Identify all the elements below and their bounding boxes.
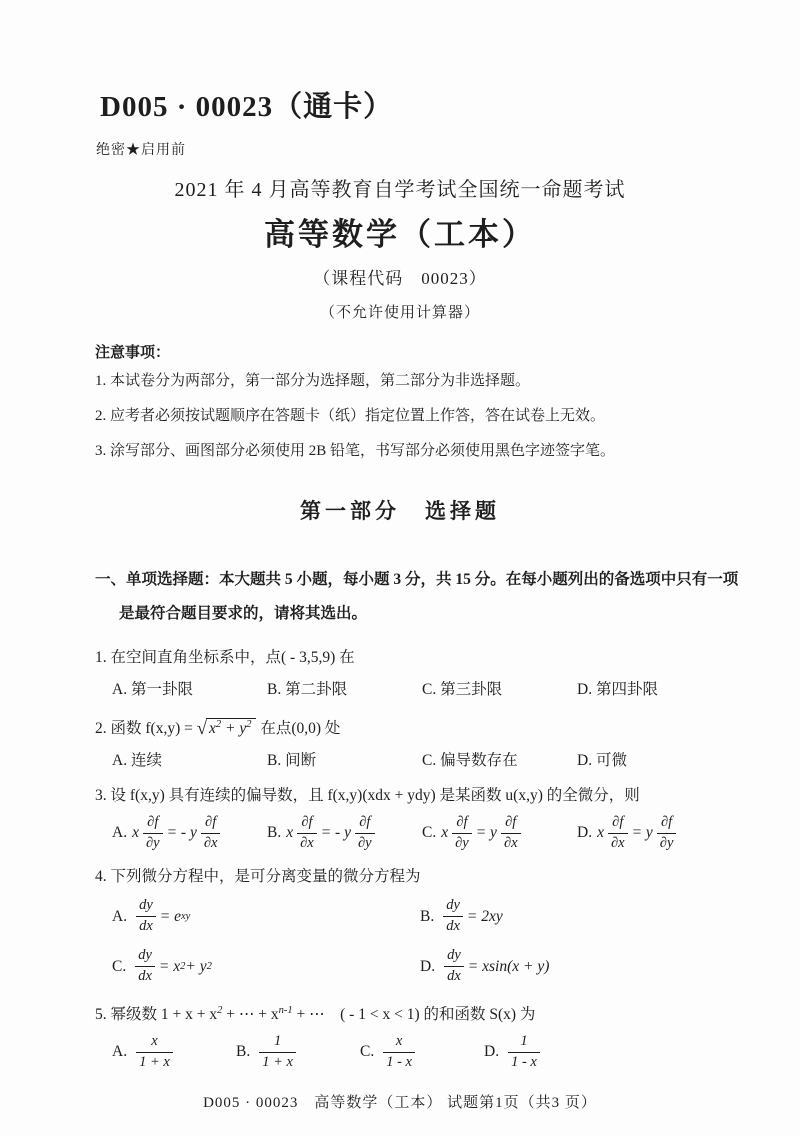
instruction-line-2: 是最符合题目要求的，请将其选出。 <box>95 597 742 631</box>
question-2-stem: 2. 函数 f(x,y) = √x2 + y2 在点(0,0) 处 <box>95 714 745 740</box>
question-4-option-a: A. dydx = exy <box>112 898 420 935</box>
fraction: ∂f∂y <box>452 815 472 852</box>
course-code: （课程代码 00023） <box>0 268 800 290</box>
question-2-option-a: A. 连续 <box>112 748 267 770</box>
exam-session-title: 2021 年 4 月高等教育自学考试全国统一命题考试 <box>0 177 800 203</box>
question-3-option-d: D.x ∂f∂x = y ∂f∂y <box>577 815 680 852</box>
question-1-option-d: D. 第四卦限 <box>577 677 658 699</box>
exam-paper-page: D005 · 00023（通卡） 绝密★启用前 2021 年 4 月高等教育自学… <box>0 0 800 1136</box>
question-5-options: A. x1 + x B. 11 + x C. x1 - x D. 11 - x <box>95 1034 745 1071</box>
paper-code: D005 · 00023（通卡） <box>100 92 800 124</box>
question-2-stem-post: 在点(0,0) 处 <box>256 720 340 737</box>
fraction: dydx <box>136 898 156 935</box>
question-2-stem-pre: 2. 函数 f(x,y) = <box>95 720 197 737</box>
question-2-option-d: D. 可微 <box>577 748 627 770</box>
fraction: 11 + x <box>259 1034 296 1071</box>
notes-heading: 注意事项： <box>95 342 740 364</box>
fraction: ∂f∂y <box>143 815 163 852</box>
question-list: 1. 在空间直角坐标系中，点( - 3,5,9) 在 A. 第一卦限 B. 第二… <box>95 647 745 1071</box>
fraction: x1 + x <box>136 1034 173 1071</box>
question-3-options: A.x ∂f∂y = - y ∂f∂x B.x ∂f∂x = - y ∂f∂y … <box>95 815 745 852</box>
fraction: ∂f∂x <box>297 815 317 852</box>
fraction: x1 - x <box>383 1034 415 1071</box>
question-4-option-b: B. dydx = 2xy <box>420 898 745 935</box>
page-footer: D005 · 00023 高等数学（工本） 试题第1页（共3 页） <box>0 1091 800 1112</box>
question-1-options: A. 第一卦限 B. 第二卦限 C. 第三卦限 D. 第四卦限 <box>95 677 745 699</box>
exam-subject-title: 高等数学（工本） <box>0 215 800 255</box>
fraction: dydx <box>444 948 464 985</box>
question-3-option-c: C.x ∂f∂y = y ∂f∂x <box>422 815 577 852</box>
note-item-1: 1. 本试卷分为两部分，第一部分为选择题，第二部分为非选择题。 <box>95 364 740 399</box>
question-1-option-a: A. 第一卦限 <box>112 677 267 699</box>
note-item-2: 2. 应考者必须按试题顺序在答题卡（纸）指定位置上作答，答在试卷上无效。 <box>95 399 740 434</box>
question-2-option-b: B. 间断 <box>267 748 422 770</box>
fraction: dydx <box>443 898 463 935</box>
question-4-option-d: D. dydx = xsin(x + y) <box>420 948 745 985</box>
fraction: dydx <box>135 948 155 985</box>
question-4-options: A. dydx = exy B. dydx = 2xy C. dydx = x2… <box>95 898 745 985</box>
section-instruction: 一、单项选择题：本大题共 5 小题，每小题 3 分，共 15 分。在每小题列出的… <box>95 563 742 631</box>
instruction-line-1: 一、单项选择题：本大题共 5 小题，每小题 3 分，共 15 分。在每小题列出的… <box>95 563 742 597</box>
calculator-notice: （不允许使用计算器） <box>0 304 800 324</box>
question-3-option-b: B.x ∂f∂x = - y ∂f∂y <box>267 815 422 852</box>
fraction: 11 - x <box>508 1034 540 1071</box>
fraction: ∂f∂x <box>201 815 221 852</box>
question-3-stem: 3. 设 f(x,y) 具有连续的偏导数，且 f(x,y)(xdx + ydy)… <box>95 785 745 807</box>
fraction: ∂f∂y <box>657 815 677 852</box>
note-item-3: 3. 涂写部分、画图部分必须使用 2B 铅笔，书写部分必须使用黑色字迹签字笔。 <box>95 434 740 469</box>
fraction: ∂f∂x <box>608 815 628 852</box>
question-2-options: A. 连续 B. 间断 C. 偏导数存在 D. 可微 <box>95 748 745 770</box>
exam-notes: 注意事项： 1. 本试卷分为两部分，第一部分为选择题，第二部分为非选择题。 2.… <box>95 342 740 469</box>
question-5-option-b: B. 11 + x <box>236 1034 360 1071</box>
question-5-option-c: C. x1 - x <box>360 1034 484 1071</box>
question-2-option-c: C. 偏导数存在 <box>422 748 577 770</box>
question-4-option-c: C. dydx = x2 + y2 <box>112 948 420 985</box>
question-5-option-a: A. x1 + x <box>112 1034 236 1071</box>
question-1-option-c: C. 第三卦限 <box>422 677 577 699</box>
question-1-stem: 1. 在空间直角坐标系中，点( - 3,5,9) 在 <box>95 647 745 669</box>
question-4-stem: 4. 下列微分方程中，是可分离变量的微分方程为 <box>95 866 745 888</box>
fraction: ∂f∂x <box>501 815 521 852</box>
section-heading: 第一部分 选择题 <box>0 495 800 525</box>
question-3-option-a: A.x ∂f∂y = - y ∂f∂x <box>112 815 267 852</box>
sqrt-expression: √x2 + y2 <box>197 720 257 737</box>
question-1-option-b: B. 第二卦限 <box>267 677 422 699</box>
question-5-stem: 5. 幂级数 1 + x + x2 + ⋯ + xn-1 + ⋯ ( - 1 <… <box>95 1000 745 1026</box>
question-5-option-d: D. 11 - x <box>484 1034 544 1071</box>
fraction: ∂f∂y <box>355 815 375 852</box>
secrecy-label: 绝密★启用前 <box>96 139 800 159</box>
